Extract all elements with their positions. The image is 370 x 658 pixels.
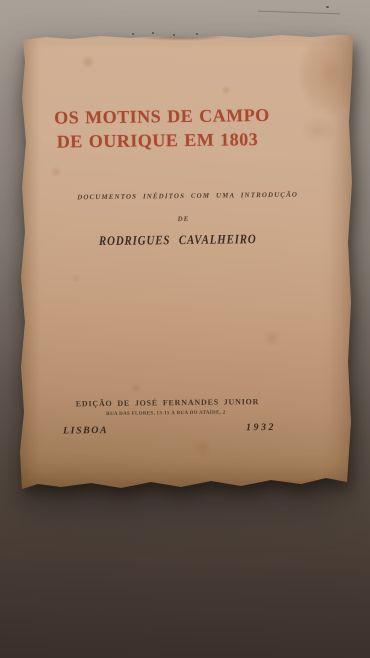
cover-city: LISBOA	[63, 425, 108, 437]
book: OS MOTINS DE CAMPO DE OURIQUE EM 1803 DO…	[16, 32, 356, 494]
publisher-imprint: EDIÇÃO DE JOSÉ FERNANDES JUNIOR	[76, 397, 256, 408]
cover-subtitle: DOCUMENTOS INÉDITOS COM UMA INTRODUÇÃO	[77, 191, 291, 202]
cover-year: 1932	[246, 422, 276, 433]
wall-scratch	[258, 11, 340, 15]
wall-speck	[326, 6, 329, 8]
publisher-address: RUA DAS FLORES, 13-15 À RUA DO ATAÍDE, 2	[100, 410, 232, 417]
cover-title-line1: OS MOTINS DE CAMPO	[54, 105, 268, 129]
cover-content: OS MOTINS DE CAMPO DE OURIQUE EM 1803 DO…	[13, 30, 359, 496]
book-cover: OS MOTINS DE CAMPO DE OURIQUE EM 1803 DO…	[16, 32, 356, 494]
cover-title-line2: DE OURIQUE EM 1803	[52, 129, 262, 153]
cover-subtitle-connector: DE	[77, 214, 289, 225]
cover-author: RODRIGUES CAVALHEIRO	[99, 231, 238, 249]
photo-background: OS MOTINS DE CAMPO DE OURIQUE EM 1803 DO…	[0, 0, 370, 658]
